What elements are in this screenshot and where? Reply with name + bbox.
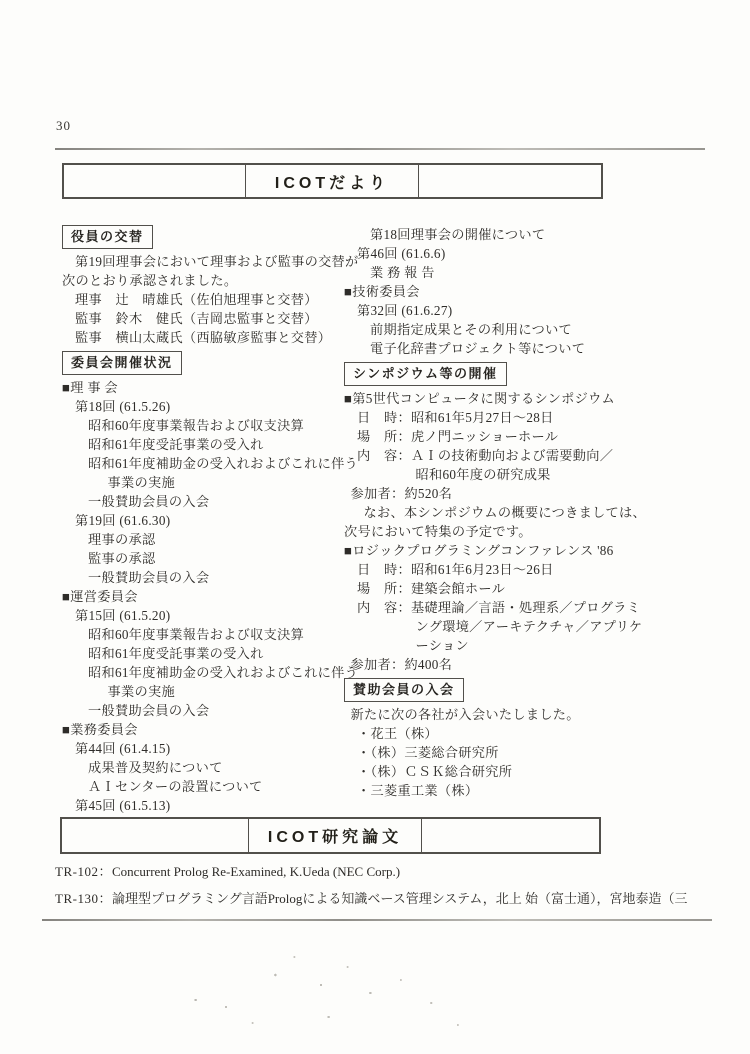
section-heading-label: 役員の交替 xyxy=(62,225,153,249)
text-line: 昭和61年度受託事業の受入れ xyxy=(62,435,364,454)
text-line: 昭和60年度の研究成果 xyxy=(344,465,714,484)
text-line: 次号において特集の予定です。 xyxy=(344,522,714,541)
paper-id: TR-130： xyxy=(55,891,112,906)
right-column: 第18回理事会の開催について第46回 (61.6.6)業 務 報 告■技術委員会… xyxy=(344,225,714,800)
top-rule xyxy=(55,148,705,150)
text-line: ■業務委員会 xyxy=(62,720,364,739)
papers-cell-right xyxy=(422,819,599,852)
masthead-cell-right xyxy=(419,165,601,197)
masthead-cell-left xyxy=(64,165,246,197)
text-line: ーション xyxy=(344,636,714,655)
text-line: ・三菱重工業（株） xyxy=(344,781,714,800)
bottom-rule xyxy=(42,919,712,921)
text-line: 場 所：虎ノ門ニッショーホール xyxy=(344,427,714,446)
text-line: 内 容：基礎理論／言語・処理系／プログラミ xyxy=(344,598,714,617)
text-line: ・（株）三菱総合研究所 xyxy=(344,743,714,762)
section-heading: 役員の交替 xyxy=(62,221,364,252)
text-line: ■ロジックプログラミングコンファレンス '86 xyxy=(344,541,714,560)
text-line: 理事の承認 xyxy=(62,530,364,549)
text-line: 前期指定成果とその利用について xyxy=(344,320,714,339)
text-line: ・花王（株） xyxy=(344,724,714,743)
text-line: 業 務 報 告 xyxy=(344,263,714,282)
section-heading: 賛助会員の入会 xyxy=(344,674,714,705)
section-heading-label: 賛助会員の入会 xyxy=(344,678,464,702)
text-line: 監事 鈴木 健氏（吉岡忠監事と交替） xyxy=(62,309,364,328)
text-line: 理事 辻 晴雄氏（佐伯旭理事と交替） xyxy=(62,290,364,309)
text-line: 一般賛助会員の入会 xyxy=(62,492,364,511)
text-line: 昭和60年度事業報告および収支決算 xyxy=(62,625,364,644)
text-line: ング環境／アーキテクチャ／アプリケ xyxy=(344,617,714,636)
text-line: 昭和61年度受託事業の受入れ xyxy=(62,644,364,663)
paper-entry: TR-102：Concurrent Prolog Re-Examined, K.… xyxy=(55,859,723,886)
paper-title: 論理型プログラミング言語Prologによる知識ベース管理システム，北上 始（富士… xyxy=(112,891,688,906)
text-line: 事業の実施 xyxy=(62,682,364,701)
text-line: 第46回 (61.6.6) xyxy=(344,244,714,263)
papers-title: ICOT研究論文 xyxy=(249,819,422,852)
text-line: 一般賛助会員の入会 xyxy=(62,568,364,587)
paper-title: Concurrent Prolog Re-Examined, K.Ueda (N… xyxy=(112,864,400,879)
text-line: 次のとおり承認されました。 xyxy=(62,271,364,290)
paper-entry: TR-130：論理型プログラミング言語Prologによる知識ベース管理システム，… xyxy=(55,886,723,913)
text-line: 第32回 (61.6.27) xyxy=(344,301,714,320)
text-line: 第19回理事会において理事および監事の交替が xyxy=(62,252,364,271)
text-line: 場 所：建築会館ホール xyxy=(344,579,714,598)
text-line: ■運営委員会 xyxy=(62,587,364,606)
text-line: 第18回理事会の開催について xyxy=(344,225,714,244)
masthead-title: ICOTだより xyxy=(246,165,419,197)
text-line: ■理 事 会 xyxy=(62,378,364,397)
text-line: 新たに次の各社が入会いたしました。 xyxy=(344,705,714,724)
text-line: ■技術委員会 xyxy=(344,282,714,301)
text-line: 監事 横山太蔵氏（西脇敏彦監事と交替） xyxy=(62,328,364,347)
text-line: ・（株）ＣＳＫ総合研究所 xyxy=(344,762,714,781)
text-line: 内 容：ＡＩの技術動向および需要動向／ xyxy=(344,446,714,465)
text-line: 一般賛助会員の入会 xyxy=(62,701,364,720)
scan-noise xyxy=(150,945,530,1045)
text-line: ＡＩセンターの設置について xyxy=(62,777,364,796)
text-line: 昭和60年度事業報告および収支決算 xyxy=(62,416,364,435)
section-heading: 委員会開催状況 xyxy=(62,347,364,378)
text-line: 昭和61年度補助金の受入れおよびこれに伴う xyxy=(62,663,364,682)
page-number: 30 xyxy=(56,118,71,134)
section-heading: シンポジウム等の開催 xyxy=(344,358,714,389)
text-line: 参加者：約400名 xyxy=(344,655,714,674)
text-line: 監事の承認 xyxy=(62,549,364,568)
text-line: 参加者：約520名 xyxy=(344,484,714,503)
papers-box: ICOT研究論文 xyxy=(60,817,601,854)
text-line: 電子化辞書プロジェクト等について xyxy=(344,339,714,358)
text-line: なお、本シンポジウムの概要につきましては、 xyxy=(344,503,714,522)
text-line: ■第5世代コンピュータに関するシンポジウム xyxy=(344,389,714,408)
text-line: 第44回 (61.4.15) xyxy=(62,739,364,758)
left-column: 役員の交替第19回理事会において理事および監事の交替が次のとおり承認されました。… xyxy=(62,221,364,815)
text-line: 日 時：昭和61年6月23日～26日 xyxy=(344,560,714,579)
text-line: 第19回 (61.6.30) xyxy=(62,511,364,530)
papers-list: TR-102：Concurrent Prolog Re-Examined, K.… xyxy=(55,859,723,912)
paper-id: TR-102： xyxy=(55,864,112,879)
text-line: 成果普及契約について xyxy=(62,758,364,777)
section-heading-label: 委員会開催状況 xyxy=(62,351,182,375)
text-line: 第15回 (61.5.20) xyxy=(62,606,364,625)
text-line: 日 時：昭和61年5月27日～28日 xyxy=(344,408,714,427)
text-line: 事業の実施 xyxy=(62,473,364,492)
text-line: 第18回 (61.5.26) xyxy=(62,397,364,416)
section-heading-label: シンポジウム等の開催 xyxy=(344,362,507,386)
text-line: 昭和61年度補助金の受入れおよびこれに伴う xyxy=(62,454,364,473)
text-line: 第45回 (61.5.13) xyxy=(62,796,364,815)
masthead-box: ICOTだより xyxy=(62,163,603,199)
papers-cell-left xyxy=(62,819,249,852)
